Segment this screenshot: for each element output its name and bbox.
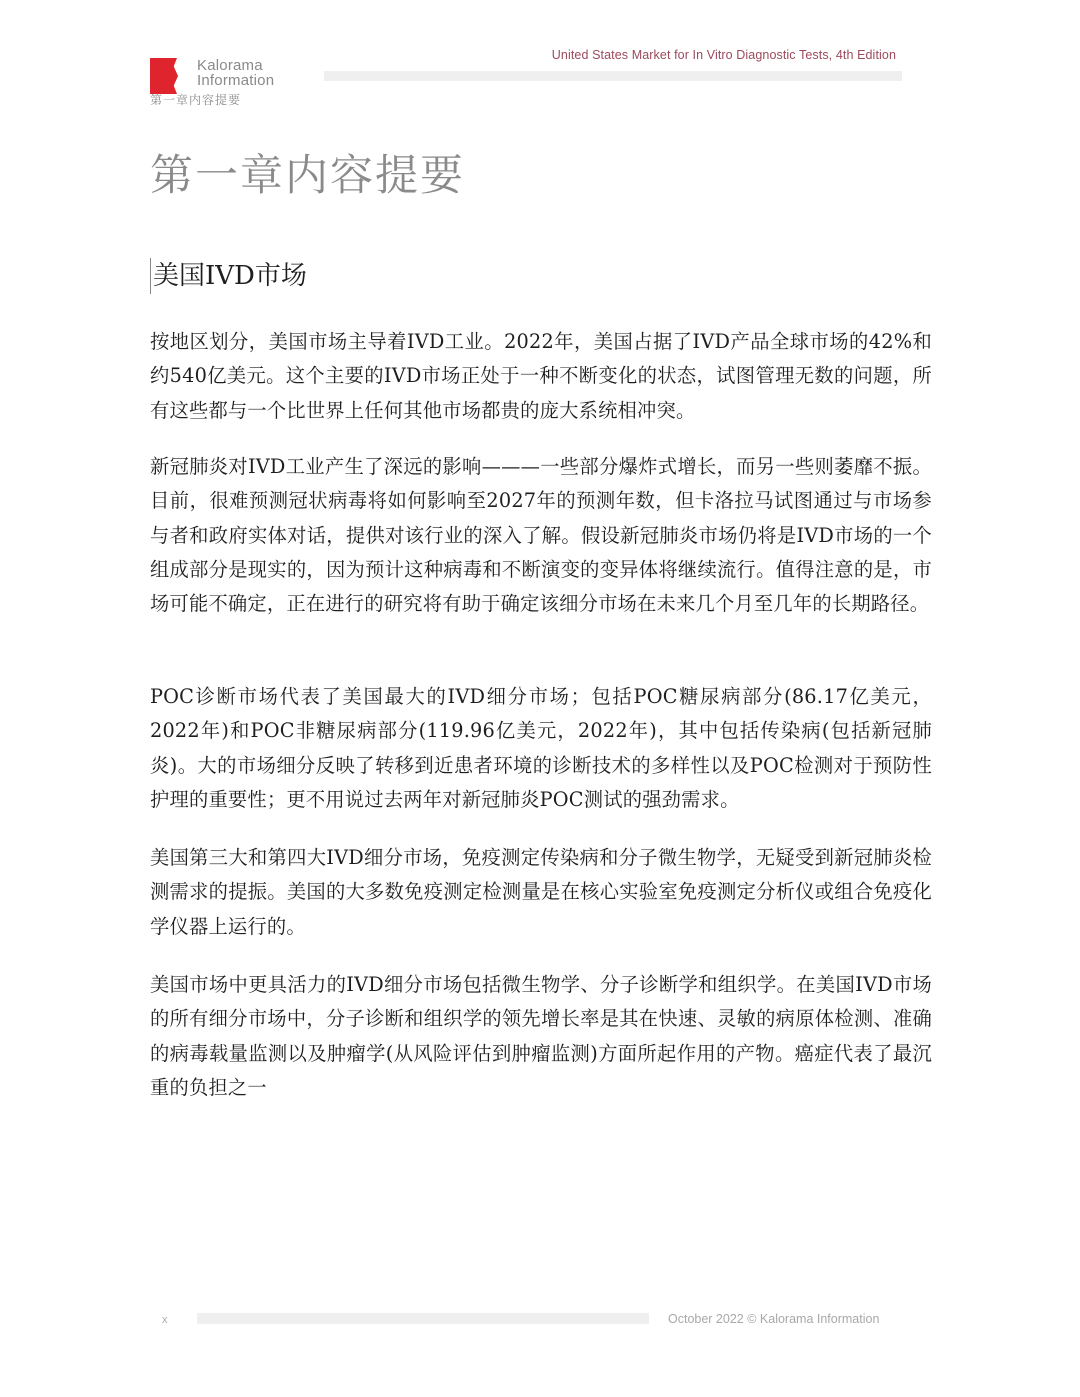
footer-copyright: October 2022 © Kalorama Information <box>668 1312 879 1326</box>
paragraph-5: 美国市场中更具活力的IVD细分市场包括微生物学、分子诊断学和组织学。在美国IVD… <box>150 968 932 1105</box>
chapter-title: 第一章内容提要 <box>150 150 465 202</box>
kalorama-k-logo-icon <box>150 58 186 94</box>
logo-line-1: Kalorama <box>197 58 274 73</box>
paragraph-1: 按地区划分，美国市场主导着IVD工业。2022年，美国占据了IVD产品全球市场的… <box>150 325 932 428</box>
logo-wordmark: Kalorama Information <box>197 58 274 88</box>
paragraph-3: POC诊断市场代表了美国最大的IVD细分市场；包括POC糖尿病部分(86.17亿… <box>150 680 932 817</box>
page-number: x <box>162 1314 168 1326</box>
running-header: 第一章内容提要 <box>150 91 241 108</box>
logo-line-2: Information <box>197 73 274 88</box>
section-heading: 美国IVD市场 <box>150 258 307 294</box>
footer-divider-bar <box>197 1313 649 1324</box>
document-title: United States Market for In Vitro Diagno… <box>552 48 896 62</box>
paragraph-2: 新冠肺炎对IVD工业产生了深远的影响———一些部分爆炸式增长，而另一些则萎靡不振… <box>150 450 932 621</box>
paragraph-4: 美国第三大和第四大IVD细分市场，免疫测定传染病和分子微生物学，无疑受到新冠肺炎… <box>150 841 932 944</box>
kalorama-logo: Kalorama Information <box>150 58 274 94</box>
header-divider-bar <box>324 71 902 81</box>
